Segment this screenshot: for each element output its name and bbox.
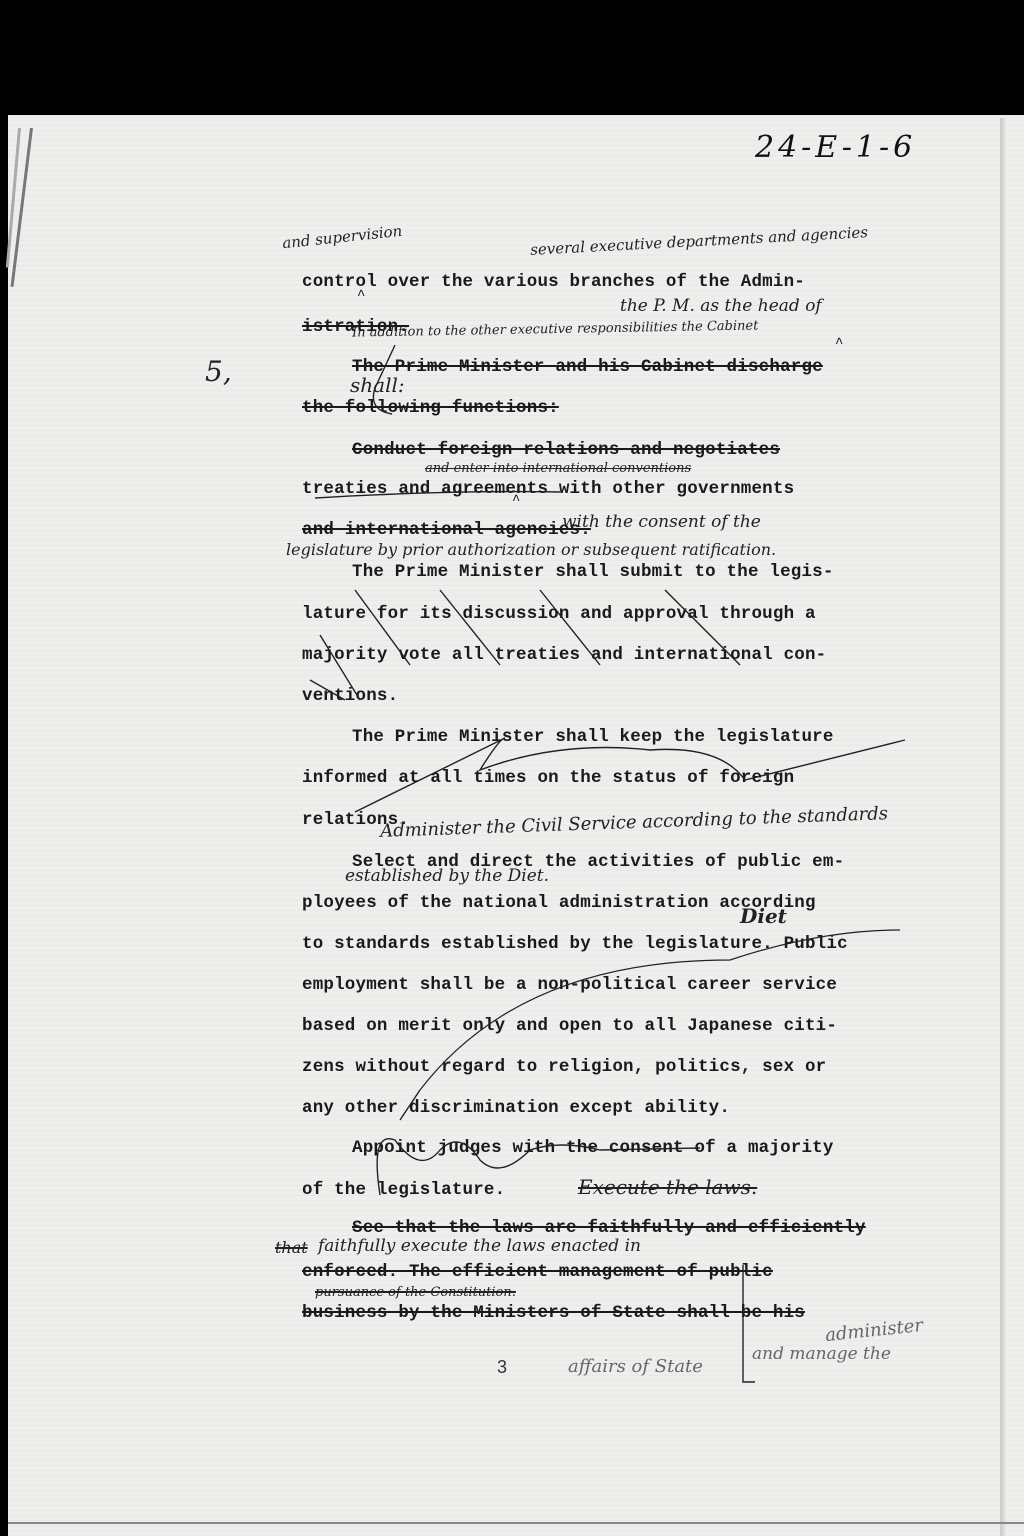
page-bottom-edge: [8, 1522, 1024, 1524]
pen-marks: [0, 0, 1024, 1536]
